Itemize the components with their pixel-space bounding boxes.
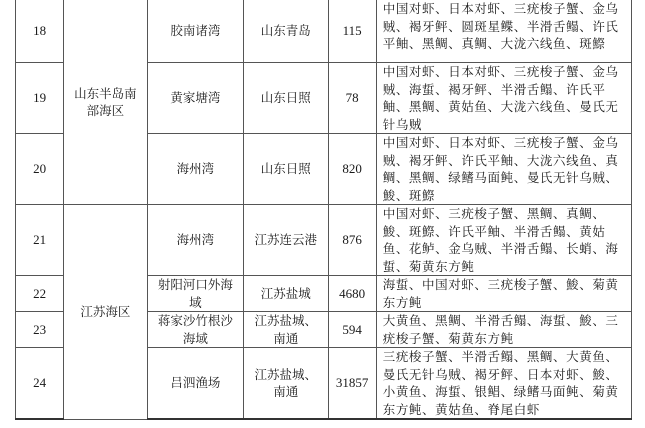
- location: 江苏盐城: [244, 276, 328, 312]
- species-list: 海蜇、中国对虾、三疣梭子蟹、鮻、菊黄东方鲀: [376, 276, 631, 312]
- region-cell: 山东半岛南部海区: [64, 0, 147, 205]
- species-list: 中国对虾、日本对虾、三疣梭子蟹、金乌贼、海蜇、褐牙鲆、半滑舌鳎、许氏平鲉、黑鲷、…: [376, 63, 631, 134]
- spawning-ground-table: 18 山东半岛南部海区 胶南诸湾 山东青岛 115 中国对虾、日本对虾、三疣梭子…: [15, 0, 632, 420]
- row-number: 23: [16, 312, 64, 348]
- ground-name: 海州湾: [147, 205, 243, 276]
- location: 山东青岛: [244, 0, 328, 63]
- location: 江苏盐城、南通: [244, 312, 328, 348]
- row-number: 20: [16, 134, 64, 205]
- row-number: 19: [16, 63, 64, 134]
- ground-name: 海州湾: [147, 134, 243, 205]
- area: 820: [328, 134, 376, 205]
- region-cell: 江苏海区: [64, 205, 147, 420]
- ground-name: 蒋家沙竹根沙海域: [147, 312, 243, 348]
- location: 江苏盐城、南通: [244, 348, 328, 420]
- row-number: 21: [16, 205, 64, 276]
- ground-name: 黄家塘湾: [147, 63, 243, 134]
- area: 4680: [328, 276, 376, 312]
- area: 594: [328, 312, 376, 348]
- location: 山东日照: [244, 134, 328, 205]
- species-list: 三疣梭子蟹、半滑舌鳎、黑鲷、大黄鱼、曼氏无针乌贼、褐牙鲆、日本对虾、鮻、小黄鱼、…: [376, 348, 631, 420]
- area: 31857: [328, 348, 376, 420]
- area: 115: [328, 0, 376, 63]
- row-number: 22: [16, 276, 64, 312]
- area: 876: [328, 205, 376, 276]
- species-list: 中国对虾、三疣梭子蟹、黑鲷、真鲷、鮻、斑鰶、许氏平鲉、半滑舌鳎、黄姑鱼、花鲈、金…: [376, 205, 631, 276]
- location: 山东日照: [244, 63, 328, 134]
- ground-name: 胶南诸湾: [147, 0, 243, 63]
- location: 江苏连云港: [244, 205, 328, 276]
- species-list: 大黄鱼、黑鲷、半滑舌鳎、海蜇、鮻、三疣梭子蟹、菊黄东方鲀: [376, 312, 631, 348]
- table-row: 21 江苏海区 海州湾 江苏连云港 876 中国对虾、三疣梭子蟹、黑鲷、真鲷、鮻…: [16, 205, 632, 276]
- area: 78: [328, 63, 376, 134]
- row-number: 24: [16, 348, 64, 420]
- ground-name: 吕泗渔场: [147, 348, 243, 420]
- ground-name: 射阳河口外海域: [147, 276, 243, 312]
- table-row: 18 山东半岛南部海区 胶南诸湾 山东青岛 115 中国对虾、日本对虾、三疣梭子…: [16, 0, 632, 63]
- row-number: 18: [16, 0, 64, 63]
- species-list: 中国对虾、日本对虾、三疣梭子蟹、金乌贼、褐牙鲆、许氏平鲉、大泷六线鱼、真鲷、黑鲷…: [376, 134, 631, 205]
- species-list: 中国对虾、日本对虾、三疣梭子蟹、金乌贼、褐牙鲆、圆斑星鲽、半滑舌鳎、许氏平鲉、黑…: [376, 0, 631, 63]
